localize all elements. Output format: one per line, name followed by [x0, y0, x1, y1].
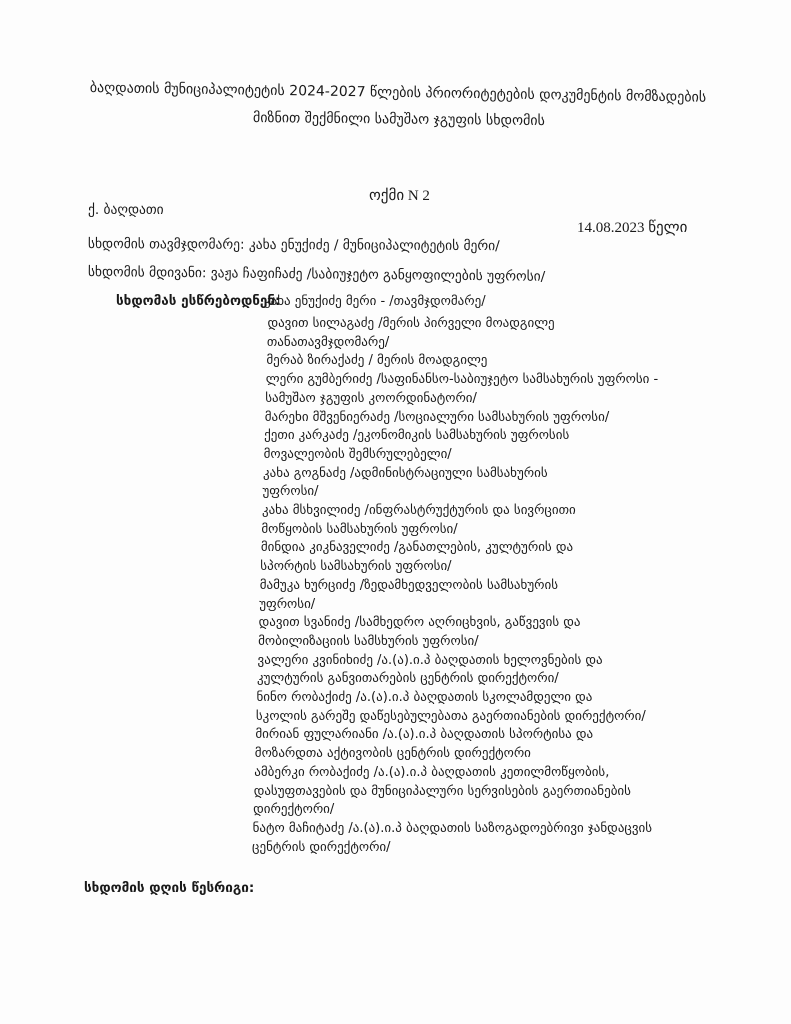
attendee-line: ამბერკი რობაქიძე /ა.(ა).ი.პ ბაღდათის კეთ… — [254, 765, 609, 781]
attendee-line: ქეთი კარკაძე /ეკონომიკის სამსახურის უფრო… — [264, 428, 569, 444]
attendee-line: ნატო მაჩიტაძე /ა.(ა).ი.პ ბაღდათის საზოგა… — [253, 821, 652, 837]
attendee-line: კახა გოგნაძე /ადმინისტრაციული სამსახურის — [263, 466, 548, 482]
document-title-line-2: მიზნით შექმნილი სამუშაო ჯგუფის სხდომის — [253, 110, 545, 129]
meeting-secretary: სხდომის მდივანი: ვაჟა ჩაფიჩაძე /საბიუჯეტ… — [88, 264, 545, 285]
attendee-line: ლერი გუმბერიძე /საფინანსო-საბიუჯეტო სამს… — [266, 372, 658, 388]
attendee-line: თანათავმჯდომარე/ — [267, 335, 389, 351]
attendee-line: მერაბ ზირაქაძე / მერის მოადგილე — [266, 353, 487, 369]
attendee-line: დავით სვანიძე /სამხედრო აღრიცხვის, გაწვე… — [259, 615, 581, 631]
attendee-line: მოვალეობის შემსრულებელი/ — [264, 447, 452, 463]
attendee-line: დირექტორი/ — [253, 802, 334, 818]
attendee-line: სკოლის გარეშე დაწესებულებათა გაერთიანები… — [256, 709, 646, 725]
attendee-line: ვალერი კვინიხიძე /ა.(ა).ი.პ ბაღდათის ხელ… — [258, 653, 603, 669]
attendee-line: სპორტის სამსახურის უფროსი/ — [260, 559, 451, 575]
document-date: 14.08.2023 წელი — [577, 220, 687, 236]
document-page: ბაღდათის მუნიციპალიტეტის 2024-2027 წლები… — [0, 0, 791, 1024]
attendee-line: უფროსი/ — [263, 484, 319, 500]
attendee-line: კულტურის განვითარების ცენტრის დირექტორი/ — [257, 671, 559, 687]
attendee-line: ცენტრის დირექტორი/ — [252, 840, 390, 856]
city: ქ. ბაღდათი — [88, 202, 164, 218]
attendee-line: მინდია კიკნაველიძე /განათლების, კულტურის… — [261, 540, 573, 556]
attendee-line: მოზარდთა აქტივობის ცენტრის დირექტორი — [255, 746, 531, 762]
order-number: ოქმი N 2 — [369, 188, 430, 204]
attendees-label: სხდომას ესწრებოდნენ: — [116, 293, 280, 309]
attendee-line: მობილიზაციის სამსხურის უფროსი/ — [258, 634, 479, 650]
attendee-line: კახა ენუქიძე მერი - /თავმჯდომარე/ — [264, 294, 486, 310]
attendee-line: დასუფთავების და მუნიციპალური სერვისების … — [254, 784, 631, 800]
attendee-line: მოწყობის სამსახურის უფროსი/ — [261, 522, 457, 538]
attendee-line: მამუკა ხურციძე /ზედამხედველობის სამსახურ… — [260, 578, 558, 594]
attendee-line: მირიან ფულარიანი /ა.(ა).ი.პ ბაღდათის სპო… — [255, 727, 593, 743]
attendee-line: ნინო რობაქიძე /ა.(ა).ი.პ ბაღდათის სკოლამ… — [256, 690, 592, 706]
attendee-line: სამუშაო ჯგუფის კოორდინატორი/ — [265, 391, 477, 407]
attendee-line: კახა მსხვილიძე /ინფრასტრუქტურის და სივრც… — [262, 503, 576, 519]
attendee-line: უფროსი/ — [259, 597, 315, 613]
agenda-label: სხდომის დღის წესრიგი: — [84, 880, 254, 896]
document-title-line-1: ბაღდათის მუნიციპალიტეტის 2024-2027 წლები… — [90, 80, 706, 106]
attendee-line: მარეხი მშვენიერაძე /სოციალური სამსახურის… — [265, 410, 610, 426]
meeting-chairman: სხდომის თავმჯდომარე: კახა ენუქიძე / მუნი… — [88, 236, 500, 254]
attendee-line: დავით სილაგაძე /მერის პირველი მოადგილე — [267, 316, 554, 332]
